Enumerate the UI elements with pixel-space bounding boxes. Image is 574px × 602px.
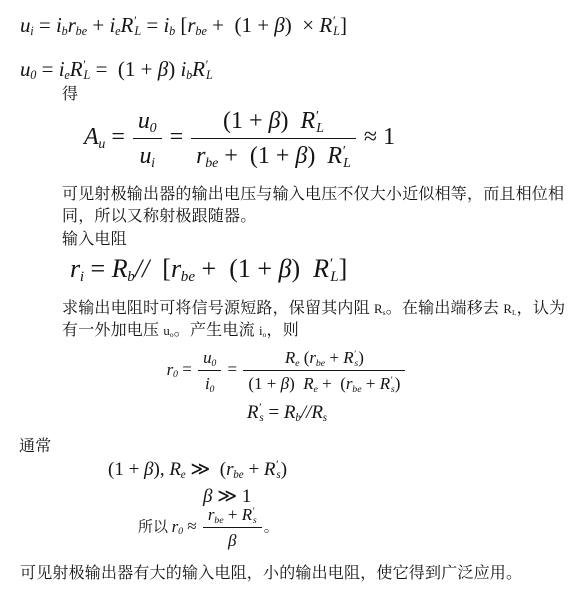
label-de: 得 <box>62 84 78 106</box>
paragraph-conclusion: 可见射极输出器有大的输入电阻，小的输出电阻，使它得到广泛应用。 <box>20 563 522 585</box>
equation-ri: ri = Rb// [rbe + (1 + β) R′L] <box>70 253 347 286</box>
equation-au-gain: Au = u0ui = (1 + β) R′Lrbe + (1 + β) R′L… <box>84 106 395 171</box>
paragraph-explanation-line1: 可见射极输出器的输出电压与输入电压不仅大小近似相等，而且相位相 <box>62 184 564 206</box>
paragraph-output-resistance-line1: 求输出电阻时可将信号源短路，保留其内阻 Rs。在输出端移去 RL，认为 <box>62 298 565 320</box>
equation-r0: r0 = u0i0 = Re (rbe + R′s)(1 + β) Re + (… <box>0 347 574 395</box>
equation-u0: u0 = ieR′L = (1 + β) ibR′L <box>20 56 213 82</box>
equation-ui: ui = ibrbe + ieR′L = ib [rbe + (1 + β) ×… <box>20 12 347 38</box>
paragraph-output-resistance-line2: 有一外加电压 uo。产生电流 io，则 <box>62 320 299 342</box>
label-usually: 通常 <box>19 436 51 458</box>
paragraph-explanation-line2: 同，所以又称射极跟随器。 <box>62 206 256 228</box>
condition-beta-re: (1 + β), Re ≫ (rbe + R′s) <box>108 458 287 482</box>
label-input-resistance: 输入电阻 <box>62 229 127 251</box>
equation-rs-prime: R′s = Rb//Rs <box>0 401 574 425</box>
equation-r0-approx: 所以 r0 ≈ rbe + R′sβ。 <box>138 504 279 552</box>
